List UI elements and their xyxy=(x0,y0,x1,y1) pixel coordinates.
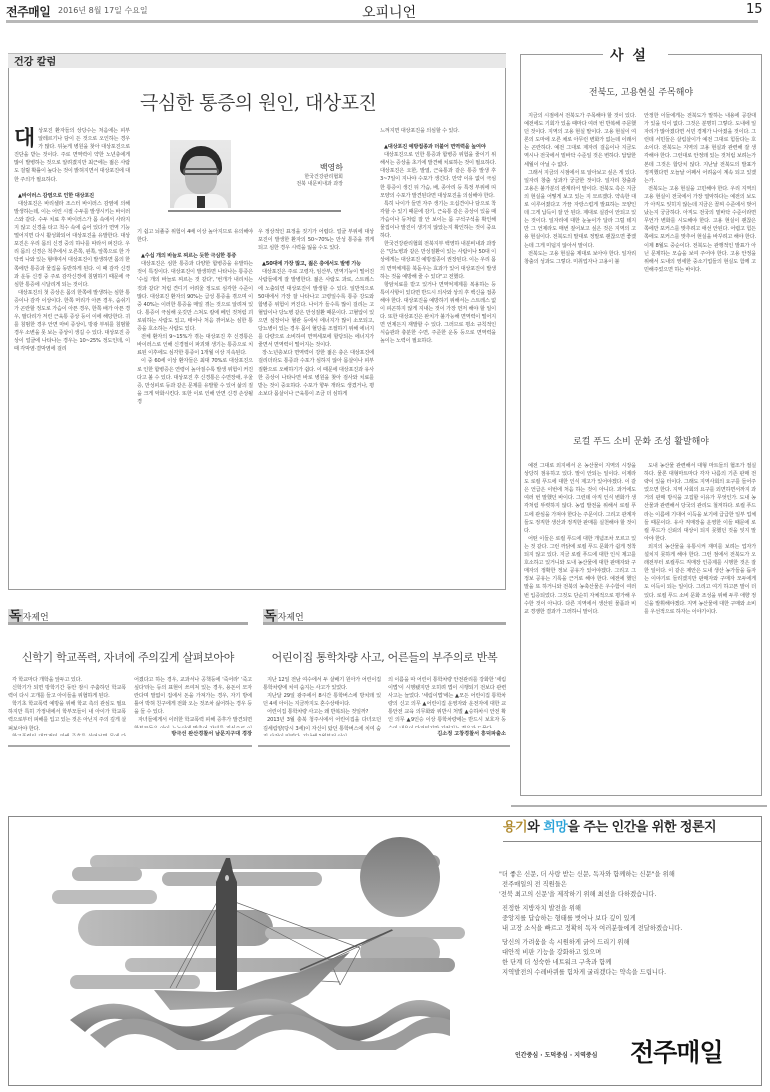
paragraph: 의 이름을 따 어린이 통학차량 안전관리를 강화한 '세림이법'이 시행됐지만… xyxy=(388,676,506,728)
slogan-hope: 희망 xyxy=(543,820,567,835)
author-photo xyxy=(170,140,231,208)
paragraph: 특히 나이가 들면 자주 생기는 오십견이나 담으로 착각할 수 있기 때문에 … xyxy=(380,200,496,240)
ad-body: "더 좋은 신문, 더 사랑 받는 신문, 독자와 함께하는 신문"을 위해 전… xyxy=(499,870,761,982)
paragraph: 지금의 시점에서 전북도가 주목해야 할 것이 있다. 예전에도 기회가 있을 … xyxy=(524,112,636,169)
health-column-col2: 기 쉽고 뇌졸중 위험이 4배 이상 높아지므로 유의해야 한다. ▲수십 개의… xyxy=(137,228,253,558)
pen-ship-illustration-icon xyxy=(30,820,470,1050)
author-affiliation: 한국건강관리협회 전북 내문비내과 과장 xyxy=(260,174,343,188)
ad-slogan-rule xyxy=(503,841,761,842)
ad-line: 한 단계 더 성숙한 네트워크 구축과 함께 xyxy=(502,959,611,966)
ad-line: 진정한 지방자치 발전을 위해 xyxy=(502,905,581,912)
reader-right-headline: 어린이집 통학차량 사고, 어른들의 부주의로 반복 xyxy=(263,649,506,665)
editorial-1-col2: 안정한 이들에게는 전북도가 말하는 내용에 공감대가 있을 턱이 없다. 그것… xyxy=(644,112,756,334)
slogan-courage: 용기 xyxy=(503,820,527,835)
ad-line: 중앙지를 답습하는 형태를 벗어나 보다 깊이 있게 xyxy=(502,915,636,922)
newspaper-logo: 전주매일 xyxy=(6,3,50,20)
ad-line: 대안적 비판 기능을 강화하고 있으며 xyxy=(502,949,601,956)
paragraph: 각 학교마다 개학을 앞두고 있다. xyxy=(8,676,126,684)
paragraph: 도내 농산물 관련해서 대형 마트들의 협조가 절실하다. 물론 대형마트마다 … xyxy=(644,462,756,543)
paragraph: 우 정상적인 표정을 짓기가 어렵다. 얼굴 부위에 대상포진이 발생한 환자의… xyxy=(258,228,374,252)
dropcap: 대 xyxy=(14,129,35,149)
health-column-col1: 대 상포진 환자들의 상당수는 처음에는 피부 알레르기나 담이 든 것으로 오… xyxy=(14,127,130,557)
issue-date: 2016년 8월 17일 수요일 xyxy=(58,5,148,16)
paragraph: 기 쉽고 뇌졸중 위험이 4배 이상 높아지므로 유의해야 한다. xyxy=(137,228,253,244)
ad-slogan: 용기와 희망을 주는 인간을 위한 정론지 xyxy=(503,816,716,835)
ad-line: 지역발전의 수레바퀴를 힘차게 굴리겠다는 약속을 드립니다. xyxy=(502,969,666,976)
paragraph: 학교폭력의 대표적인 피해 증후를 살펴보면 몸에 다친 상처나 멍자국이 있어… xyxy=(8,733,126,736)
reader-right-rule xyxy=(263,622,506,625)
paragraph: 장·노년층보다 면역력이 강한 젊은 층은 대상포진에 걸리더라도 통증과 수포… xyxy=(258,349,374,398)
reader-left-headline: 신학기 학교폭력, 자녀에 주의깊게 살펴보아야 xyxy=(8,649,248,665)
author-title: 전북 내문비내과 과장 xyxy=(260,181,343,188)
paragraph: 외지의 농산물을 유통시켜 재미를 보려는 업자가 설치지 못하게 해야 한다.… xyxy=(644,543,756,616)
editorial-headline-2: 로컬 푸드 소비 문화 조성 활발해야 xyxy=(520,434,762,447)
editorial-top-rule-left xyxy=(520,54,603,55)
paragraph: 어떤 이들은 로컬 푸드에 대한 개념조차 모르고 있는 것 같다. 그런 까닭… xyxy=(524,535,636,616)
paragraph: 어졌다고 하는 경우, 교과서나 공책등에 '죽어라' '죽고싶다'라는 등의 … xyxy=(134,676,252,716)
paragraph: 전체 환자의 9~15%가 겪는 대상포진 후 신경통은 바이러스로 인해 신경… xyxy=(137,333,253,357)
ad-line: "더 좋은 신문, 더 사랑 받는 신문, 독자와 함께하는 신문"을 위해 xyxy=(499,871,675,878)
paragraph: 한국건강관리협회 전북지부 백영하 내분비내과 과장은 "당뇨병과 같은 만성질… xyxy=(380,240,496,280)
ad-line: 내 고장 소식을 빠르고 정확히 독자 여러분들에게 전달하겠습니다. xyxy=(502,925,682,932)
reader-right-bottom-rule xyxy=(258,745,510,747)
paragraph: 지난달 29일 광주에서 8시간 통학버스에 방치돼 있던 4세 아이는 지금까… xyxy=(263,692,381,708)
slogan-connector: 와 xyxy=(527,820,543,835)
paragraph: 대상포진은 주로 고령자, 임산부, 면역기능이 떨어진 사람들에게 잘 발병한… xyxy=(258,268,374,349)
subheading: ▲수십 개의 바늘로 찌르는 듯한 극심한 통증 xyxy=(137,252,253,260)
editorial-2-col2: 도내 농산물 관련해서 대형 마트들의 협조가 절실하다. 물론 대형마트마다 … xyxy=(644,462,756,790)
paragraph: 예전 그대로 외지에서 온 농산물이 지역의 시장을 상당히 점유하고 있다. … xyxy=(524,462,636,535)
subheading: ▲대상포진 예방접종과 더불어 면역력을 높여야 xyxy=(380,143,496,151)
reader-left-col2: 어졌다고 하는 경우, 교과서나 공책등에 '죽어라' '죽고싶다'라는 등의 … xyxy=(134,676,252,728)
paragraph: 자녀들에게서 이러한 학교폭력 피해 증후가 발견되면 학부모들은 아이 눈높이… xyxy=(134,716,252,728)
ad-logo: 전주매일 xyxy=(630,1033,723,1069)
health-column-col4: 느껴지면 대상포진을 의심할 수 있다. ▲대상포진 예방접종과 더불어 면역력… xyxy=(380,127,496,557)
reader-left-rule xyxy=(8,622,248,625)
author-name: 백영하 xyxy=(285,162,343,173)
paragraph: 안정한 이들에게는 전북도가 말하는 내용에 공감대가 있을 턱이 없다. 그것… xyxy=(644,112,756,185)
paragraph: 그래서 지금의 시점에서 또 알아보고 싶은 게 있다. 일자리 창출 성과가 … xyxy=(524,169,636,250)
paragraph: 대상포진은 바리셀라 조스터 바이러스 감염에 의해 발생하는데, 이는 어린 … xyxy=(14,200,130,289)
paragraph: 전북도는 고용 현실을 제대로 보아야 한다. 일자리 창출의 성과도 그렇다.… xyxy=(524,250,636,266)
photo-divider xyxy=(168,210,341,212)
editorial-top-rule-right xyxy=(668,54,762,55)
health-column-header-bar xyxy=(8,53,506,68)
reader-left-bottom-rule xyxy=(8,745,252,747)
editorial-2-col1: 예전 그대로 외지에서 온 농산물이 지역의 시장을 상당히 점유하고 있다. … xyxy=(524,462,636,790)
author-org: 한국건강관리협회 xyxy=(260,174,343,181)
ad-line: 당신의 가려움을 속 시원하게 긁어 드리기 위해 xyxy=(502,939,630,946)
paragraph: 2013년 3월 충북 청주시에서 어린이집을 다녀오던 김세림양(당시 3세)… xyxy=(263,716,381,736)
editorial-label: 사 설 xyxy=(610,45,648,65)
paragraph: 대상포진은 심한 통증과 다양한 합병증을 유발하는 것이 특징이다. 대상포진… xyxy=(137,260,253,333)
ad-paragraph-3: 당신의 가려움을 속 시원하게 긁어 드리기 위해 대안적 비판 기능을 강화하… xyxy=(499,938,761,978)
paragraph: 학기초 학교폭력 예방을 위해 학교 측의 관심도 필요하지만 특히 가정내에서… xyxy=(8,700,126,732)
paragraph: 지난 12일 전남 여수에서 두 살배기 원아가 어린이집 통학차량에 치여 숨… xyxy=(263,676,381,692)
paragraph: 전북도는 고용 현실을 고민해야 한다. 우리 지역의 고용 현실이 전국에서 … xyxy=(644,185,756,274)
editorial-headline-1: 전북도, 고용현실 주목해야 xyxy=(520,85,762,98)
paragraph: 항암치료를 받고 있거나 면역억제제를 복용하는 등 특이사항이 있다면 반드시… xyxy=(380,281,496,346)
reader-left-col1: 각 학교마다 개학을 앞두고 있다. 신학기가 되면 방학기간 동안 잠시 주춤… xyxy=(8,676,126,736)
health-column-col3: 우 정상적인 표정을 짓기가 어렵다. 얼굴 부위에 대상포진이 발생한 환자의… xyxy=(258,228,374,558)
paragraph: 이 중 60세 이상 환자들은 최대 70%로 대상포진으로 인한 합병증은 연… xyxy=(137,357,253,406)
ad-tagline: 인간중심 · 도덕중심 · 지역중심 xyxy=(515,1050,597,1059)
section-title: 오피니언 xyxy=(362,2,416,22)
reader-right-col1: 지난 12일 전남 여수에서 두 살배기 원아가 어린이집 통학차량에 치여 숨… xyxy=(263,676,381,736)
ad-paragraph-1: "더 좋은 신문, 더 사랑 받는 신문, 독자와 함께하는 신문"을 위해 전… xyxy=(499,870,761,900)
paragraph: 대상포진으로 인한 통증과 합병증 위험을 줄이기 위해서는 증상을 초기에 발… xyxy=(380,151,496,200)
paragraph: 대상포진의 첫 증상은 몸의 한쪽에 발생하는 심한 통증이나 감각 이상이다.… xyxy=(14,289,130,354)
page-number: 15 xyxy=(746,2,763,17)
subheading: ▲50대에 가장 많고, 젊은 층에서도 발병 가능 xyxy=(258,260,374,268)
ad-line: '전북 최고의 신문'을 제작하기 위해 최선을 다하겠습니다. xyxy=(499,891,656,898)
editorial-1-col1: 지금의 시점에서 전북도가 주목해야 할 것이 있다. 예전에도 기회가 있을 … xyxy=(524,112,636,334)
health-column-label: 건강 칼럼 xyxy=(14,53,56,68)
reader-left-byline: 방극선 완산경찰서 남문지구대 경장 xyxy=(130,730,252,737)
reader-right-col2: 의 이름을 따 어린이 통학차량 안전관리를 강화한 '세림이법'이 시행됐지만… xyxy=(388,676,506,728)
paragraph: 느껴지면 대상포진을 의심할 수 있다. xyxy=(380,127,496,135)
paragraph: 어린이집 통학차량 사고는 왜 반복되는 것일까? xyxy=(263,708,381,716)
subheading: ▲바이러스 감염으로 인한 대상포진 xyxy=(14,192,130,200)
ad-paragraph-2: 진정한 지방자치 발전을 위해 중앙지를 답습하는 형태를 벗어나 보다 깊이 … xyxy=(499,904,761,934)
slogan-rest: 을 주는 인간을 위한 정론지 xyxy=(567,820,716,835)
editorial-bottom-rule xyxy=(511,805,767,807)
paragraph: 신학기가 되면 방학기간 동안 잠시 주춤하던 학교폭력이 다시 고개를 들고 … xyxy=(8,684,126,700)
masthead-rule xyxy=(6,20,758,23)
reader-right-byline: 김소정 고창경찰서 흥덕파출소 xyxy=(388,730,506,737)
ad-line: 전주매일의 전 직원들은 xyxy=(499,881,567,888)
health-column-headline: 극심한 통증의 원인, 대상포진 xyxy=(140,88,376,115)
